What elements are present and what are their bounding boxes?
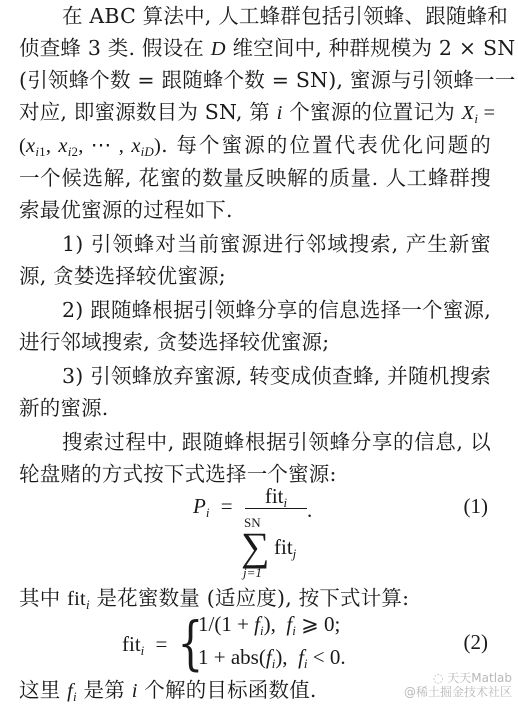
text-fragment: 个蜜源的位置记为 — [283, 100, 462, 124]
paragraph2-line1: 搜索过程中, 跟随蜂根据引领蜂分享的信息, 以 — [62, 426, 491, 458]
text-fragment: 对应, 即蜜源数目为 SN, 第 — [19, 100, 277, 124]
paragraph1-line7: 索最优蜜源的过程如下. — [19, 194, 491, 226]
step1-line1: 1) 引领蜂对当前蜜源进行邻域搜索, 产生新蜜 — [62, 228, 491, 260]
paragraph3-line: 其中 fiti 是花蜜数量 (适应度), 按下式计算: — [19, 582, 491, 614]
equals-sign: = — [478, 102, 495, 124]
watermark-line1: ◌ 天天Matlab — [404, 671, 512, 685]
text-fragment: 维空间中, 种群规模为 2 × SN — [226, 36, 516, 60]
watermark-line2: @稀土掘金技术社区 — [404, 685, 512, 699]
math-vector: (xi1, xi2, ⋯ , xiD) — [19, 135, 161, 157]
math-var-X: X — [462, 102, 475, 124]
paragraph1-line1: 在 ABC 算法中, 人工蜂群包括引领蜂、跟随蜂和 — [62, 0, 491, 32]
eq2-case1: 1/(1 + fi), fi ⩾ 0; — [198, 612, 340, 637]
step2-line1: 2) 跟随蜂根据引领蜂分享的信息选择一个蜜源, — [62, 294, 491, 326]
text-fragment: 侦查蜂 3 类. 假设在 — [19, 36, 211, 60]
equation-number-1: (1) — [464, 494, 489, 519]
step1-line2: 源, 贪婪选择较优蜜源; — [19, 260, 491, 292]
eq1-lhs: Pi = — [193, 494, 233, 519]
eq1-denominator: fitj — [274, 535, 296, 560]
paragraph1-line3: (引领蜂个数 = 跟随蜂个数 = SN), 蜜源与引领蜂一一 — [19, 64, 491, 96]
text-fragment: . 每个蜜源的位置代表优化问题的 — [161, 133, 491, 157]
eq1-numerator: fiti — [265, 484, 287, 508]
paragraph1-line2: 侦查蜂 3 类. 假设在 D 维空间中, 种群规模为 2 × SN — [19, 32, 491, 64]
eq1-fraction: fiti — [245, 484, 307, 509]
eq2-lhs: fiti = — [122, 632, 167, 657]
equation-number-2: (2) — [464, 630, 489, 655]
paragraph1-line5: (xi1, xi2, ⋯ , xiD). 每个蜜源的位置代表优化问题的 — [19, 129, 491, 161]
paragraph1-line4: 对应, 即蜜源数目为 SN, 第 i 个蜜源的位置记为 Xi = — [19, 96, 491, 128]
wechat-icon: ◌ — [433, 671, 447, 685]
sum-lower-limit: j=1 — [243, 566, 262, 580]
eq1-period: . — [307, 498, 312, 523]
step2-line2: 进行邻域搜索, 贪婪选择较优蜜源; — [19, 326, 491, 358]
watermark: ◌ 天天Matlab @稀土掘金技术社区 — [404, 671, 512, 699]
math-var-D: D — [211, 38, 226, 60]
paragraph1-line6: 一个候选解, 花蜜的数量反映解的质量. 人工蜂群搜 — [19, 162, 491, 194]
summation-icon: ∑ — [241, 528, 270, 566]
step3-line2: 新的蜜源. — [19, 392, 491, 424]
eq2-case2: 1 + abs(fi), fi < 0. — [198, 645, 346, 670]
step3-line1: 3) 引领蜂放弃蜜源, 转变成侦查蜂, 并随机搜索 — [62, 360, 491, 392]
fraction-bar — [245, 508, 307, 509]
